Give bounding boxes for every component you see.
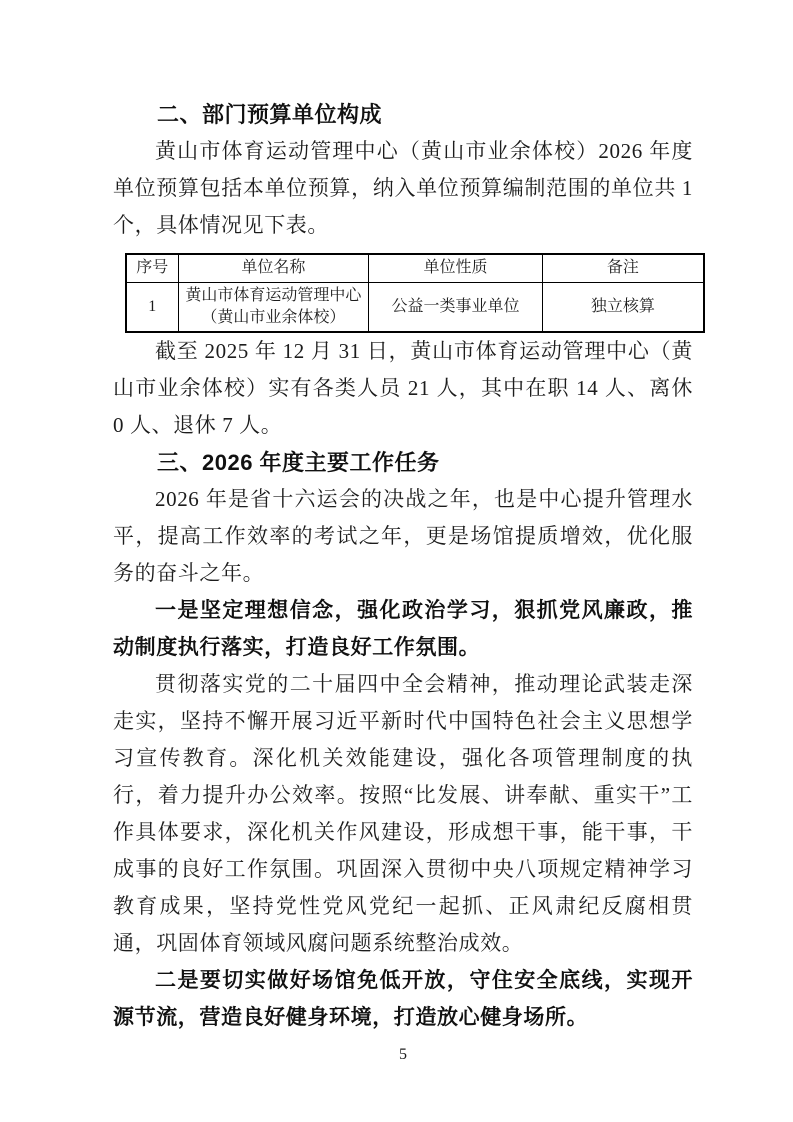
table-cell-unit-name: 黄山市体育运动管理中心（黄山市业余体校） — [178, 282, 369, 332]
section3-intro-paragraph: 2026 年是省十六运会的决战之年，也是中心提升管理水平，提高工作效率的考试之年… — [113, 481, 693, 592]
table-cell-unit-type: 公益一类事业单位 — [369, 282, 542, 332]
section2-heading: 二、部门预算单位构成 — [113, 96, 693, 133]
table-header-unit-type: 单位性质 — [369, 254, 542, 282]
document-page: 二、部门预算单位构成 黄山市体育运动管理中心（黄山市业余体校）2026 年度单位… — [0, 0, 793, 1122]
section2-staff-paragraph: 截至 2025 年 12 月 31 日，黄山市体育运动管理中心（黄山市业余体校）… — [113, 333, 693, 444]
table-row: 1 黄山市体育运动管理中心（黄山市业余体校） 公益一类事业单位 独立核算 — [126, 282, 704, 332]
table-header-row: 序号 单位名称 单位性质 备注 — [126, 254, 704, 282]
table-header-note: 备注 — [542, 254, 704, 282]
section3-heading: 三、2026 年度主要工作任务 — [113, 444, 693, 481]
budget-units-table: 序号 单位名称 单位性质 备注 1 黄山市体育运动管理中心（黄山市业余体校） 公… — [125, 253, 705, 333]
table-header-serial: 序号 — [126, 254, 178, 282]
table-header-unit-name: 单位名称 — [178, 254, 369, 282]
task1-title-paragraph: 一是坚定理想信念，强化政治学习，狠抓党风廉政，推动制度执行落实，打造良好工作氛围… — [113, 592, 693, 666]
task1-body-paragraph: 贯彻落实党的二十届四中全会精神，推动理论武装走深走实，坚持不懈开展习近平新时代中… — [113, 666, 693, 962]
task2-title-paragraph: 二是要切实做好场馆免低开放，守住安全底线，实现开源节流，营造良好健身环境，打造放… — [113, 962, 693, 1036]
table-cell-note: 独立核算 — [542, 282, 704, 332]
page-number: 5 — [113, 1046, 693, 1064]
table-cell-serial: 1 — [126, 282, 178, 332]
section2-intro-paragraph: 黄山市体育运动管理中心（黄山市业余体校）2026 年度单位预算包括本单位预算，纳… — [113, 133, 693, 244]
page-content: 二、部门预算单位构成 黄山市体育运动管理中心（黄山市业余体校）2026 年度单位… — [113, 96, 693, 1064]
